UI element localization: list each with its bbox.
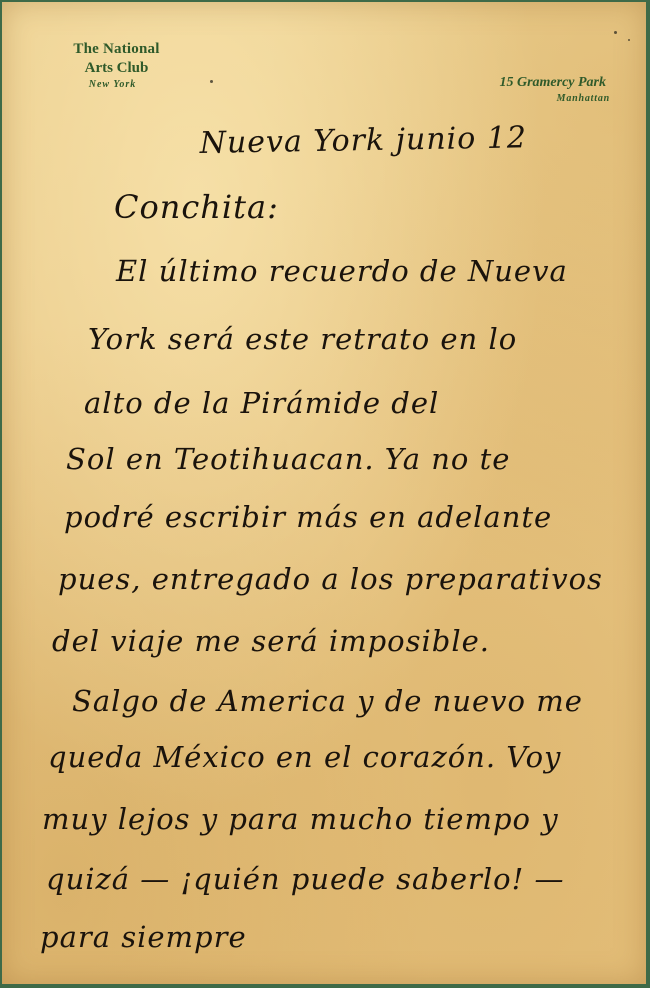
street-address: 15 Gramercy Park <box>430 74 610 92</box>
letterhead-address: 15 Gramercy Park Manhattan <box>430 74 610 106</box>
club-name-line2: Arts Club <box>64 59 169 78</box>
letter-date: Nueva York junio 12 <box>199 120 527 161</box>
letter-line-9: queda México en el corazón. Voy <box>48 740 561 774</box>
letter-line-3: alto de la Pirámide del <box>84 386 439 420</box>
letter-line-7: del viaje me será imposible. <box>52 624 490 658</box>
letter-line-10: muy lejos y para mucho tiempo y <box>42 802 559 836</box>
ink-speck <box>614 31 617 34</box>
letter-line-1: El último recuerdo de Nueva <box>116 254 568 288</box>
letter-line-5: podré escribir más en adelante <box>64 500 552 534</box>
letter-page: The National Arts Club New York 15 Grame… <box>2 2 646 984</box>
ink-speck <box>628 39 630 41</box>
club-name-line1: The National <box>64 40 169 59</box>
borough: Manhattan <box>430 92 610 106</box>
letter-salutation: Conchita: <box>114 188 279 226</box>
club-city: New York <box>56 78 169 92</box>
letterhead-club-name: The National Arts Club New York <box>64 40 169 92</box>
letter-line-12: para siempre <box>40 920 247 954</box>
letter-line-4: Sol en Teotihuacan. Ya no te <box>66 442 510 476</box>
letter-line-6: pues, entregado a los preparativos <box>58 562 603 596</box>
ink-speck <box>210 80 213 83</box>
letter-line-8: Salgo de America y de nuevo me <box>72 684 583 718</box>
letter-line-11: quizá — ¡quién puede saberlo! — <box>46 862 564 896</box>
letter-line-2: York será este retrato en lo <box>88 322 517 356</box>
